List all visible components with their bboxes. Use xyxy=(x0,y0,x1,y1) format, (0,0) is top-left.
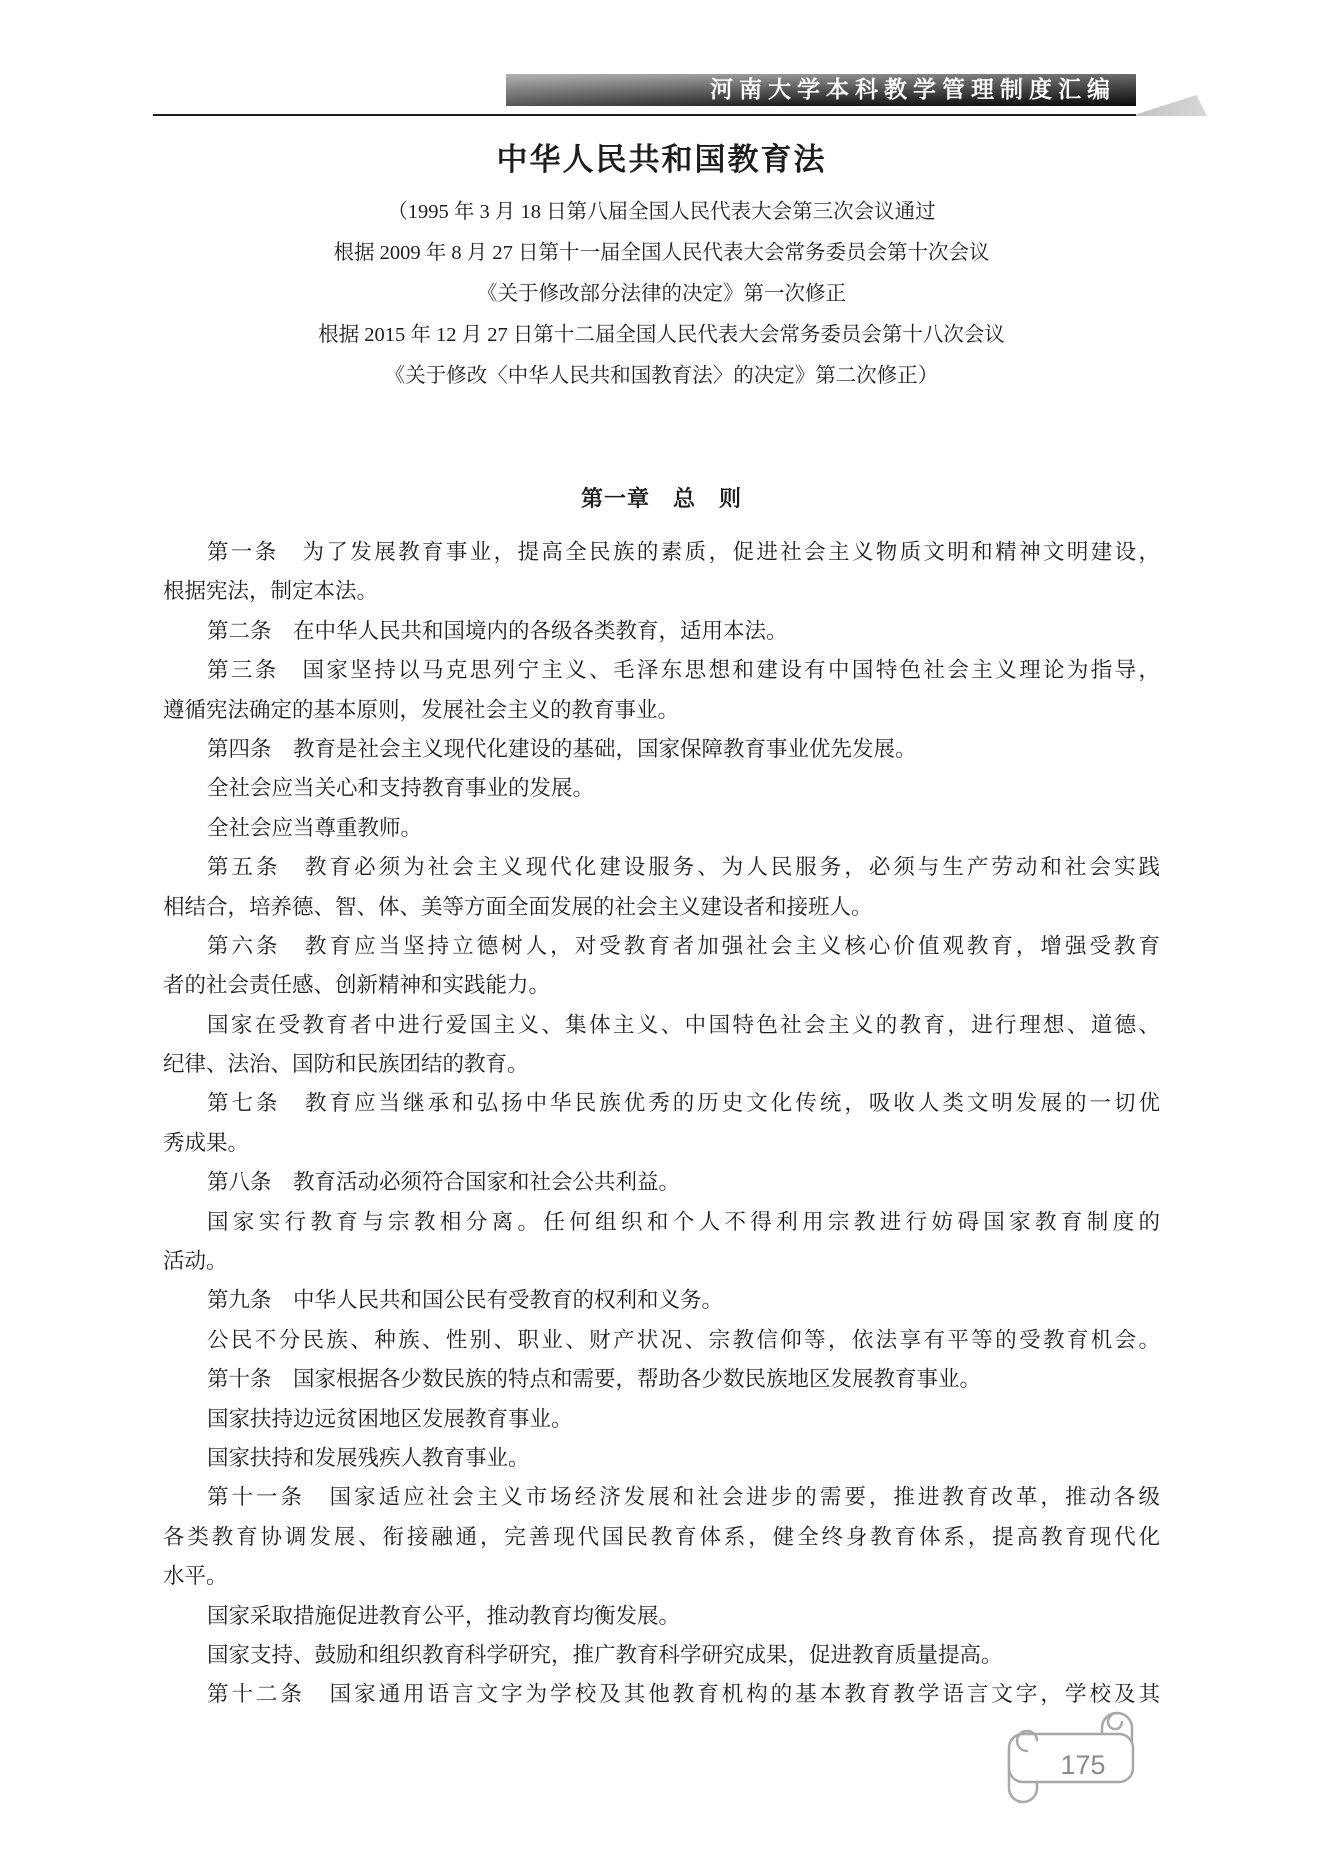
text-line: 国家扶持边远贫困地区发展教育事业。 xyxy=(163,1400,1160,1439)
text-line: 国家实行教育与宗教相分离。任何组织和个人不得利用宗教进行妨碍国家教育制度的 xyxy=(163,1203,1160,1242)
text-line: 第一条 为了发展教育事业，提高全民族的素质，促进社会主义物质文明和精神文明建设， xyxy=(163,533,1160,572)
preamble-line: 《关于修改部分法律的决定》第一次修正 xyxy=(163,274,1160,315)
document-page: 河南大学本科教学管理制度汇编 中华人民共和国教育法 （1995 年 3 月 18… xyxy=(0,0,1323,1871)
text-line: 根据宪法，制定本法。 xyxy=(163,572,1160,611)
text-line: 第十一条 国家适应社会主义市场经济发展和社会进步的需要，推进教育改革，推动各级 xyxy=(163,1478,1160,1517)
preamble-line: 根据 2015 年 12 月 27 日第十二届全国人民代表大会常务委员会第十八次… xyxy=(163,315,1160,356)
text-line: 第七条 教育应当继承和弘扬中华民族优秀的历史文化传统，吸收人类文明发展的一切优 xyxy=(163,1084,1160,1123)
header-banner-title: 河南大学本科教学管理制度汇编 xyxy=(710,77,1116,102)
text-line: 各类教育协调发展、衔接融通，完善现代国民教育体系，健全终身教育体系，提高教育现代… xyxy=(163,1518,1160,1557)
text-line: 第十二条 国家通用语言文字为学校及其他教育机构的基本教育教学语言文字，学校及其 xyxy=(163,1675,1160,1714)
header-banner: 河南大学本科教学管理制度汇编 xyxy=(506,74,1136,106)
text-line: 第四条 教育是社会主义现代化建设的基础，国家保障教育事业优先发展。 xyxy=(163,730,1160,769)
preamble-line: （1995 年 3 月 18 日第八届全国人民代表大会第三次会议通过 xyxy=(163,192,1160,233)
text-line: 国家扶持和发展残疾人教育事业。 xyxy=(163,1439,1160,1478)
text-line: 第二条 在中华人民共和国境内的各级各类教育，适用本法。 xyxy=(163,612,1160,651)
text-line: 秀成果。 xyxy=(163,1124,1160,1163)
text-line: 水平。 xyxy=(163,1557,1160,1596)
preamble: （1995 年 3 月 18 日第八届全国人民代表大会第三次会议通过根据 200… xyxy=(163,192,1160,397)
text-line: 公民不分民族、种族、性别、职业、财产状况、宗教信仰等，依法享有平等的受教育机会。 xyxy=(163,1321,1160,1360)
text-line: 第九条 中华人民共和国公民有受教育的权利和义务。 xyxy=(163,1281,1160,1320)
text-line: 相结合，培养德、智、体、美等方面全面发展的社会主义建设者和接班人。 xyxy=(163,888,1160,927)
text-line: 国家采取措施促进教育公平，推动教育均衡发展。 xyxy=(163,1597,1160,1636)
text-line: 者的社会责任感、创新精神和实践能力。 xyxy=(163,966,1160,1005)
document-content: 中华人民共和国教育法 （1995 年 3 月 18 日第八届全国人民代表大会第三… xyxy=(163,140,1160,1715)
text-line: 纪律、法治、国防和民族团结的教育。 xyxy=(163,1045,1160,1084)
text-line: 第五条 教育必须为社会主义现代化建设服务、为人民服务，必须与生产劳动和社会实践 xyxy=(163,848,1160,887)
text-line: 第三条 国家坚持以马克思列宁主义、毛泽东思想和建设有中国特色社会主义理论为指导， xyxy=(163,651,1160,690)
text-line: 第八条 教育活动必须符合国家和社会公共利益。 xyxy=(163,1163,1160,1202)
banner-arrow-decoration xyxy=(1131,95,1207,116)
text-line: 国家支持、鼓励和组织教育科学研究，推广教育科学研究成果，促进教育质量提高。 xyxy=(163,1636,1160,1675)
text-line: 全社会应当关心和支持教育事业的发展。 xyxy=(163,769,1160,808)
text-line: 第六条 教育应当坚持立德树人，对受教育者加强社会主义核心价值观教育，增强受教育 xyxy=(163,927,1160,966)
scroll-icon: 175 xyxy=(1005,1710,1137,1810)
preamble-line: 《关于修改〈中华人民共和国教育法〉的决定》第二次修正） xyxy=(163,356,1160,397)
page-number: 175 xyxy=(1060,1750,1105,1780)
text-line: 全社会应当尊重教师。 xyxy=(163,809,1160,848)
article-text: 第一条 为了发展教育事业，提高全民族的素质，促进社会主义物质文明和精神文明建设，… xyxy=(163,533,1160,1715)
text-line: 国家在受教育者中进行爱国主义、集体主义、中国特色社会主义的教育，进行理想、道德、 xyxy=(163,1006,1160,1045)
page-number-scroll: 175 xyxy=(1005,1710,1137,1810)
chapter-heading: 第一章 总 则 xyxy=(163,485,1160,513)
text-line: 遵循宪法确定的基本原则，发展社会主义的教育事业。 xyxy=(163,691,1160,730)
header-rule xyxy=(153,114,1136,116)
preamble-line: 根据 2009 年 8 月 27 日第十一届全国人民代表大会常务委员会第十次会议 xyxy=(163,233,1160,274)
text-line: 活动。 xyxy=(163,1242,1160,1281)
document-title: 中华人民共和国教育法 xyxy=(163,140,1160,180)
text-line: 第十条 国家根据各少数民族的特点和需要，帮助各少数民族地区发展教育事业。 xyxy=(163,1360,1160,1399)
